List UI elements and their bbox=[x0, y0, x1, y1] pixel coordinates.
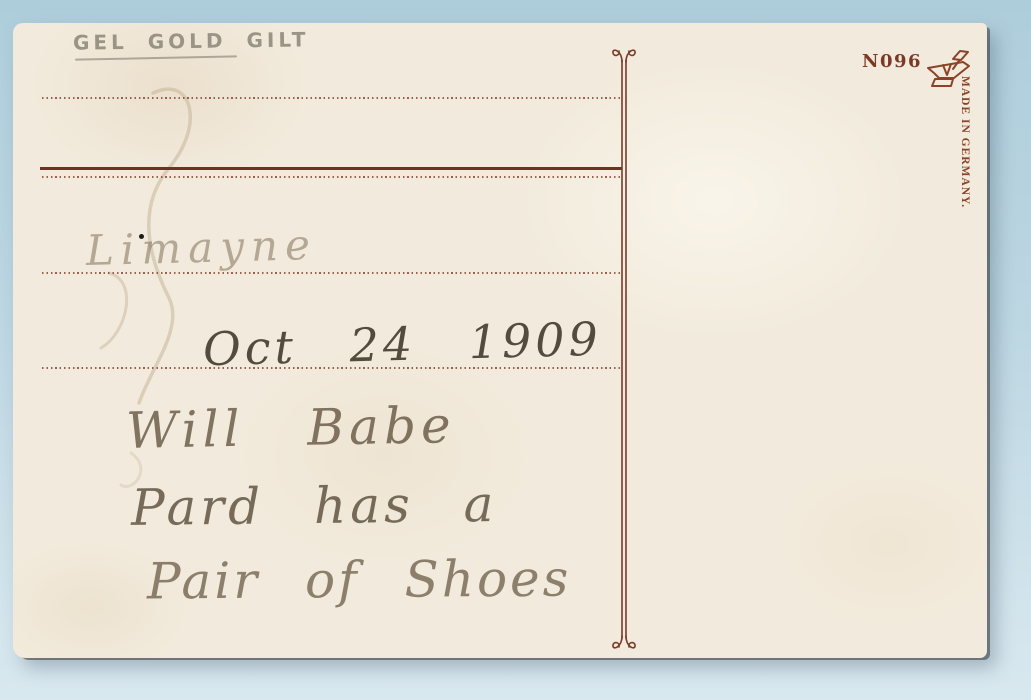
pencil-note-underline bbox=[75, 55, 237, 60]
writing-rule-dotted bbox=[42, 176, 622, 178]
serial-number: N096 bbox=[862, 51, 922, 72]
handwriting-line-place: Limayne bbox=[85, 220, 317, 275]
handwriting-line-date: Oct 24 1909 bbox=[202, 312, 602, 376]
handwriting-line-message-2: Pard has a bbox=[131, 475, 498, 537]
writing-rule-solid bbox=[40, 167, 622, 170]
handwriting-line-message-1: Will Babe bbox=[126, 396, 456, 460]
postcard: GEL GOLD GILT N096 bbox=[13, 23, 987, 658]
handwriting-line-message-3: Pair of Shoes bbox=[147, 550, 572, 611]
made-in-germany-label: MADE IN GERMANY. bbox=[959, 76, 971, 208]
center-divider bbox=[610, 42, 638, 656]
writing-rule-dotted bbox=[42, 97, 622, 99]
pencil-note: GEL GOLD GILT bbox=[73, 27, 310, 54]
